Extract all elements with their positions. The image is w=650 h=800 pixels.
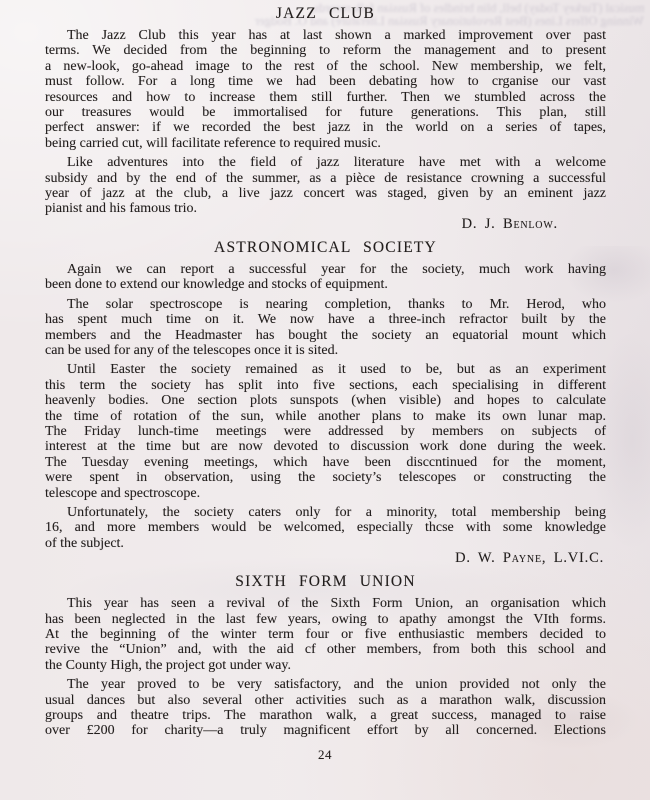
text-line: this term the society has split into fiv… (45, 378, 606, 393)
text-line: groups and theatre trips. The marathon w… (45, 708, 606, 723)
paragraph: The solar spectroscope is nearing comple… (45, 297, 606, 359)
text-line: The solar spectroscope is nearing comple… (45, 297, 606, 312)
section-title-astronomical-society: ASTRONOMICAL SOCIETY (45, 240, 606, 256)
section-jazz-club: JAZZ CLUB The Jazz Club this year has at… (45, 6, 606, 232)
page-number: 24 (0, 747, 650, 763)
paragraph: Again we can report a successful year fo… (45, 262, 606, 293)
section-sixth-form-union: SIXTH FORM UNION This year has seen a re… (45, 574, 606, 739)
text-line: been done to extend our knowledge and st… (45, 277, 606, 292)
text-line: the time of rotation of the sun, while a… (45, 409, 606, 424)
text-line: Until Easter the society remained as it … (45, 362, 606, 377)
section-astronomical-society: ASTRONOMICAL SOCIETY Again we can report… (45, 240, 606, 566)
paragraph: The Jazz Club this year has at last show… (45, 28, 606, 151)
text-line: a new-look, go-ahead image to the rest o… (45, 59, 606, 74)
paragraph: Like adventures into the field of jazz l… (45, 155, 606, 217)
page-content: JAZZ CLUB The Jazz Club this year has at… (45, 6, 606, 739)
text-line: Unfortunately, the society caters only f… (45, 505, 606, 520)
section-body: This year has seen a revival of the Sixt… (45, 596, 606, 739)
text-line: perfect answer: if we recorded the best … (45, 120, 606, 135)
text-line: must follow. For a long time we had been… (45, 74, 606, 89)
section-title-sixth-form-union: SIXTH FORM UNION (45, 574, 606, 590)
author-signature: D. W. Payne, L.VI.C. (45, 551, 606, 566)
text-line: This year has seen a revival of the Sixt… (45, 596, 606, 611)
text-line: has spent much time on it. We now have a… (45, 312, 606, 327)
section-title-jazz-club: JAZZ CLUB (45, 6, 606, 22)
paragraph: This year has seen a revival of the Sixt… (45, 596, 606, 673)
text-line: being carried cut, will facilitate refer… (45, 136, 606, 151)
text-line: resources and how to increase them still… (45, 90, 606, 105)
text-line: the County High, the project got under w… (45, 658, 606, 673)
text-line: of the subject. (45, 536, 606, 551)
text-line: At the beginning of the winter term four… (45, 627, 606, 642)
text-line: interest at the time but are now devoted… (45, 439, 606, 454)
text-line: has been neglected in the last few years… (45, 612, 606, 627)
text-line: were spent in observation, using the soc… (45, 470, 606, 485)
text-line: heavenly bodies. One section plots sunsp… (45, 393, 606, 408)
text-line: usual dances but also several other acti… (45, 693, 606, 708)
text-line: 16, and more members would be welcomed, … (45, 520, 606, 535)
text-line: pianist and his famous trio. (45, 201, 606, 216)
text-line: The Tuesday evening meetings, which have… (45, 455, 606, 470)
paragraph: Until Easter the society remained as it … (45, 362, 606, 501)
text-line: Like adventures into the field of jazz l… (45, 155, 606, 170)
text-line: revive the “Union” and, with the aid cf … (45, 642, 606, 657)
text-line: telescope and spectroscope. (45, 486, 606, 501)
text-line: our treasures would be immortalised for … (45, 105, 606, 120)
text-line: The year proved to be very satisfactory,… (45, 677, 606, 692)
author-signature: D. J. Benlow. (45, 217, 606, 232)
text-line: The Friday lunch-time meetings were addr… (45, 424, 606, 439)
text-line: members and the Headmaster has bought th… (45, 328, 606, 343)
text-line: subsidy and by the end of the summer, as… (45, 171, 606, 186)
text-line: Again we can report a successful year fo… (45, 262, 606, 277)
paragraph: The year proved to be very satisfactory,… (45, 677, 606, 739)
text-line: year of jazz at the club, a live jazz co… (45, 186, 606, 201)
section-body: The Jazz Club this year has at last show… (45, 28, 606, 217)
text-line: terms. We decided from the beginning to … (45, 43, 606, 58)
paragraph: Unfortunately, the society caters only f… (45, 505, 606, 551)
section-body: Again we can report a successful year fo… (45, 262, 606, 551)
text-line: over £200 for charity—a truly magnificen… (45, 723, 606, 738)
text-line: can be used for any of the telescopes on… (45, 343, 606, 358)
scanned-magazine-page: musical (Turkey Today) bell, blin brindl… (0, 0, 650, 800)
text-line: The Jazz Club this year has at last show… (45, 28, 606, 43)
